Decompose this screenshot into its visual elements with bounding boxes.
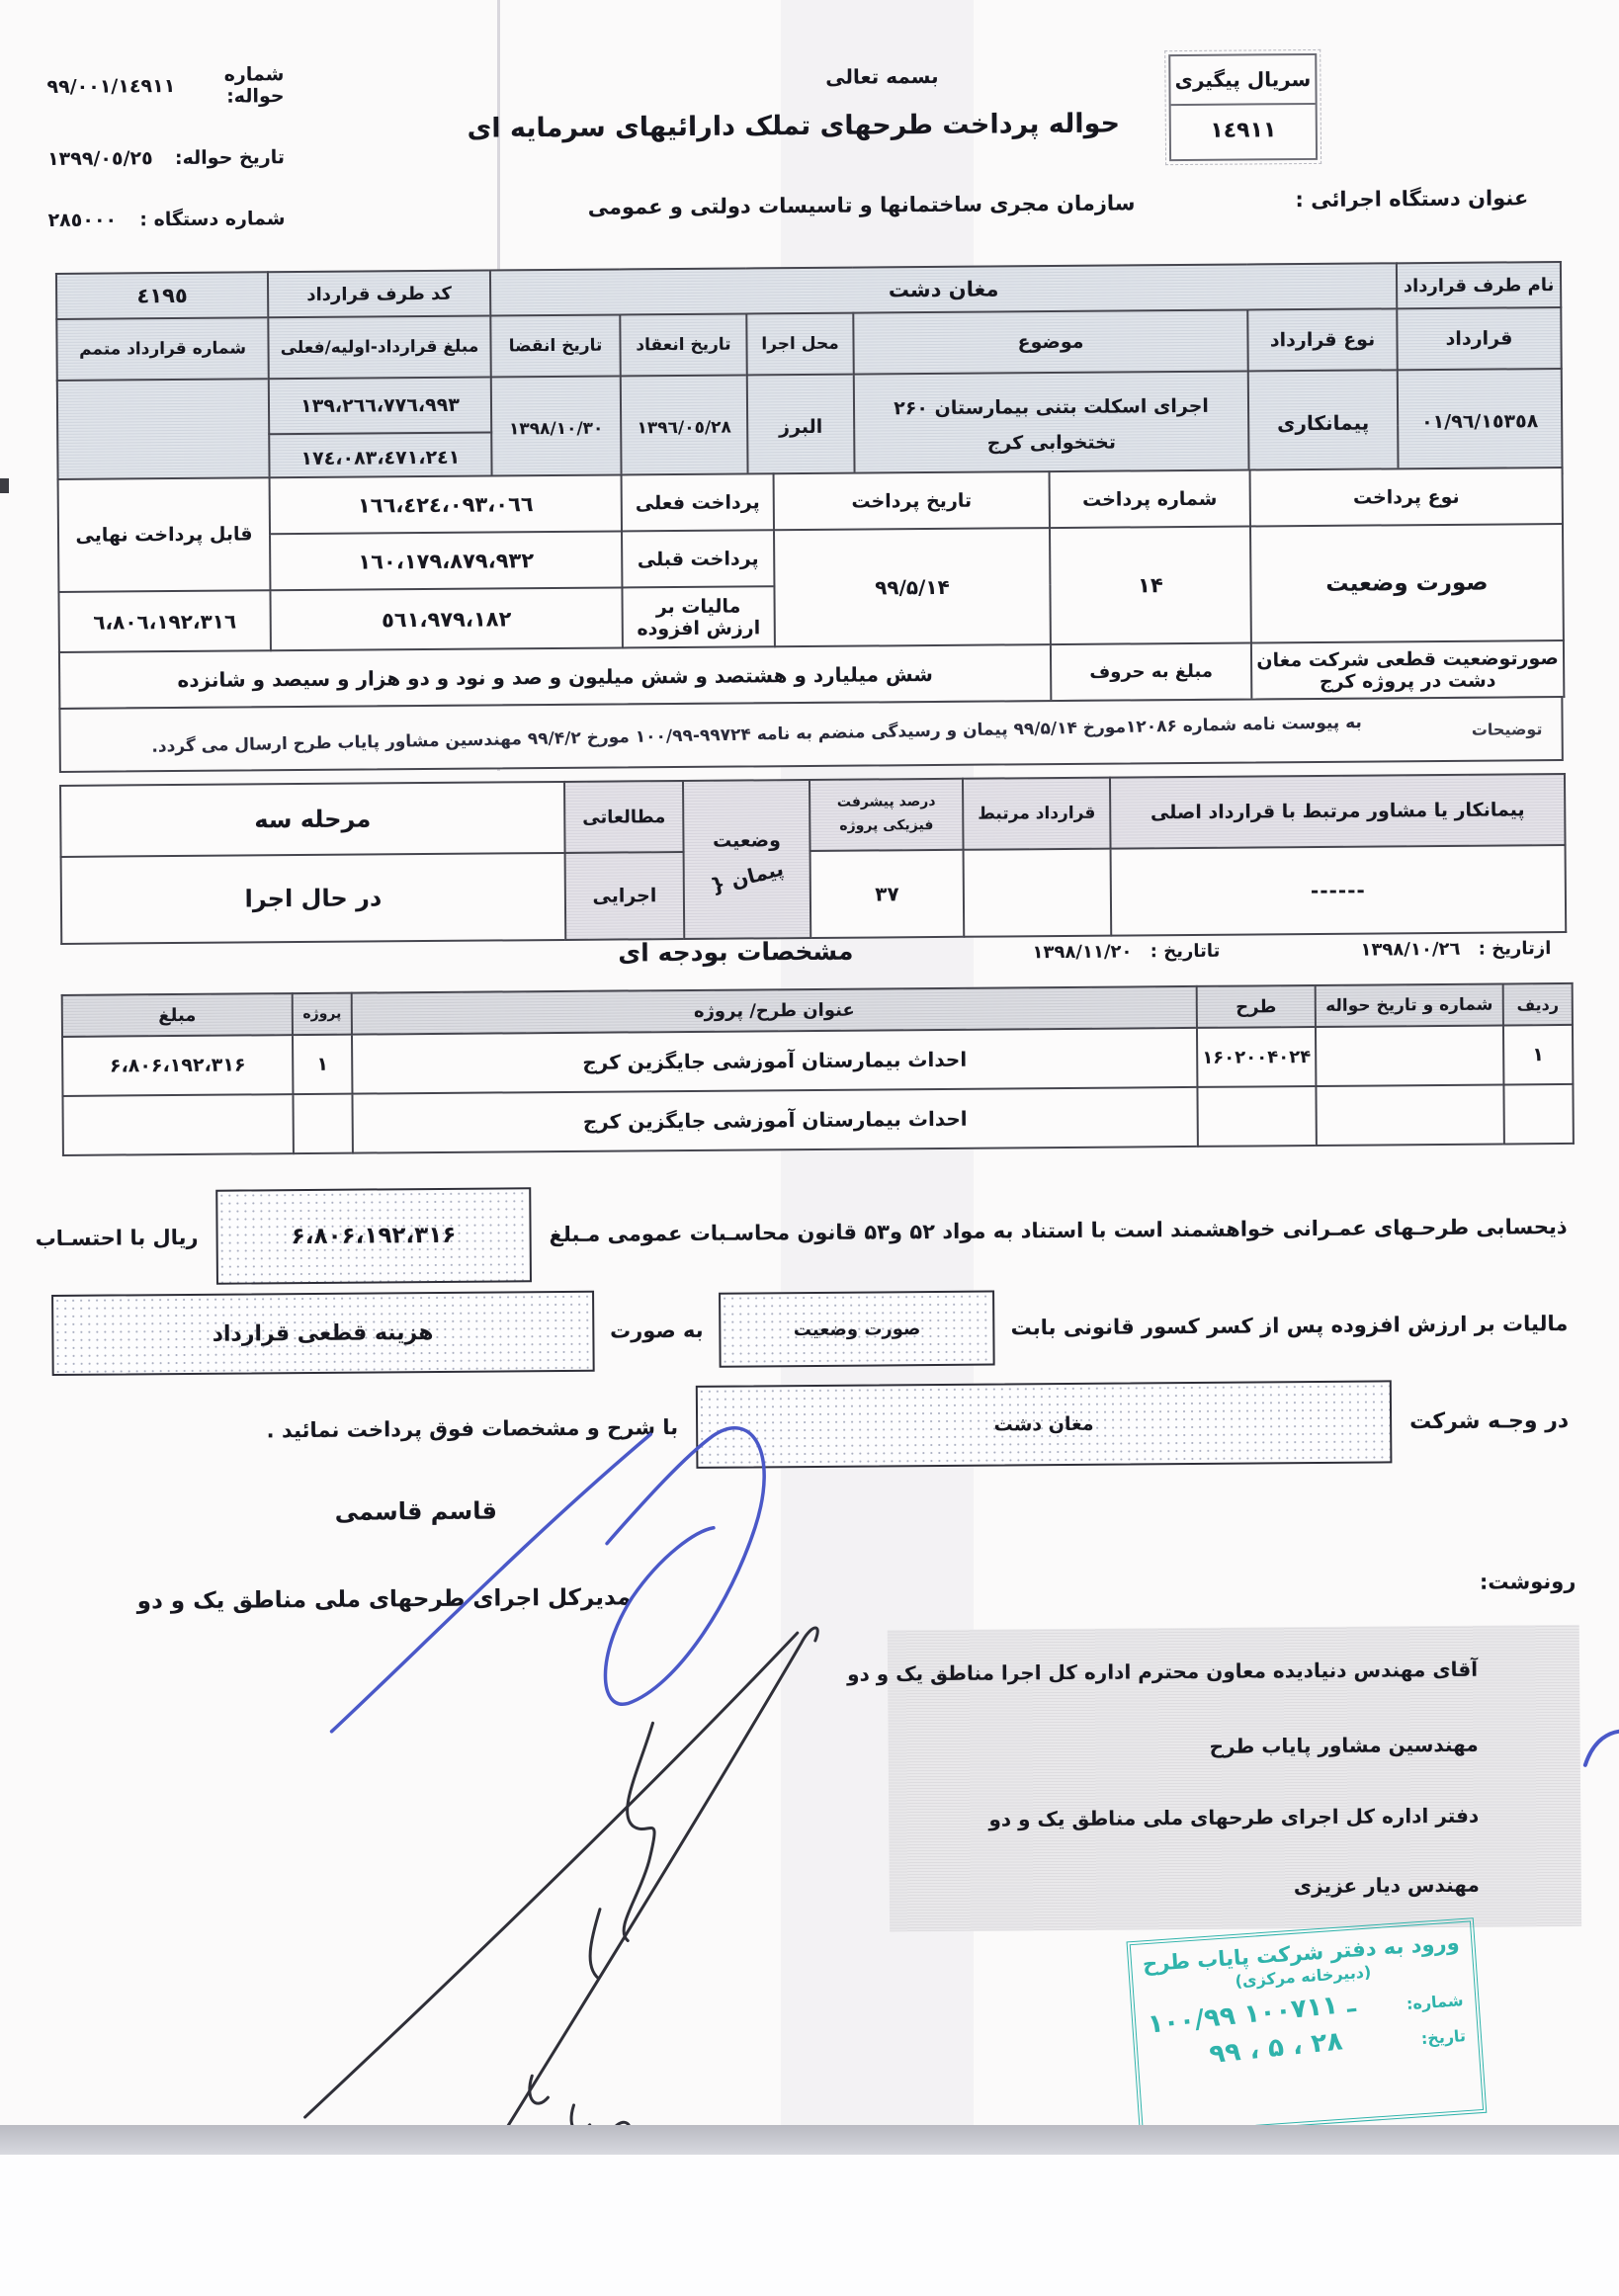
notes-row: توضیحات به پیوست نامه شماره ۱۲۰۸۶مورخ ۹۹…: [58, 696, 1563, 773]
budget-project-no-cell: ۱: [293, 1035, 352, 1094]
voucher-reference-block: شماره حواله: ٩٩/٠٠١/١٤٩١١ تاریخ حواله: ١…: [46, 63, 285, 231]
execution-label-cell: اجرایی: [565, 852, 685, 940]
amount-in-words-label-cell: مبلغ به حروف: [1051, 642, 1251, 701]
scan-bottom-margin: [0, 2155, 1619, 2296]
page-title: حواله پرداخت طرحهای تملک دارائیهای سرمای…: [438, 108, 1150, 144]
notes-label: توضیحات: [1453, 720, 1562, 739]
pact-status-word-1: وضعیت: [688, 829, 805, 852]
budget-row2-project-cell: [293, 1094, 352, 1153]
notes-text: به پیوست نامه شماره ۱۲۰۸۶مورخ ۹۹/۵/۱۴ پی…: [61, 711, 1453, 758]
request-line3-tail: با شرح و مشخصات فوق پرداخت نمائید .: [267, 1415, 679, 1442]
payment-vat-value-cell: ٥٦١،٩٧٩،١٨٢: [270, 587, 622, 650]
party-code-label-cell: کد طرف قرارداد: [268, 271, 490, 318]
budget-amount-cell: ۶،۸۰۶،۱۹۲،۳۱۶: [62, 1035, 293, 1096]
budget-row2-no-cell: [1503, 1084, 1573, 1145]
payment-basis-box: صورت وضعیت: [719, 1291, 995, 1368]
status-table: پیمانکار یا مشاور مرتبط با قرارداد اصلی …: [59, 773, 1567, 945]
payment-type-col-header: نوع پرداخت: [1250, 468, 1563, 526]
amount-in-words-cell: شش میلیارد و هشتصد و شش میلیون و صد و نو…: [59, 644, 1051, 709]
request-line2-text: مالیات بر ارزش افزوده پس از کسر کسور قان…: [1011, 1312, 1569, 1339]
tracking-serial-value: ١٤٩١١: [1171, 105, 1316, 157]
cc-item-1: آقای مهندس دنیادیده معاون محترم اداره کل…: [847, 1658, 1478, 1686]
to-date-label: تاتاریخ :: [1150, 941, 1221, 963]
main-contractor-value-cell: ------: [1111, 845, 1567, 936]
stamp-number-label: شماره:: [1406, 1991, 1464, 2013]
request-line2-mid: به صورت: [610, 1318, 704, 1343]
contract-location-cell: البرز: [747, 375, 855, 480]
request-line1-text: ذیحسابی طرحـهای عمـرانی خواهشمند است با …: [549, 1215, 1567, 1246]
tracking-serial-label: سریال پیگیری: [1170, 55, 1315, 106]
contract-expiry-date-cell: ١٣٩٨/١٠/٣٠: [491, 376, 622, 481]
budget-col-voucher: شماره و تاریخ حواله: [1316, 983, 1503, 1026]
contract-sign-date-cell: ١٣٩٦/٠٥/٢٨: [621, 375, 748, 480]
request-line-1: ذیحسابی طرحـهای عمـرانی خواهشمند است با …: [58, 1178, 1568, 1287]
payment-final-label-cell: قابل پرداخت نهایی: [58, 477, 271, 592]
voucher-number-label: شماره حواله:: [175, 63, 284, 108]
payment-date-col-header: تاریخ پرداخت: [774, 471, 1050, 530]
payment-current-label-cell: پرداخت فعلی: [622, 473, 774, 531]
budget-row2-amount-cell: [62, 1094, 293, 1155]
voucher-date-label: تاریخ حواله:: [175, 146, 285, 169]
contract-type-cell: پیمانکاری: [1248, 370, 1399, 475]
to-date-row: تاتاریخ : ١٣٩٨/١١/٢٠: [923, 941, 1220, 964]
request-line3-text: در وجـه شرکت: [1409, 1407, 1569, 1433]
cc-item-4: مهندس دیار عزیزی: [1294, 1873, 1480, 1898]
budget-col-project: پروژه: [293, 993, 352, 1035]
contract-type-col-header: نوع قرارداد: [1247, 308, 1397, 371]
request-line-2: مالیات بر ارزش افزوده پس از کسر کسور قان…: [59, 1282, 1569, 1377]
voucher-number-row: شماره حواله: ٩٩/٠٠١/١٤٩١١: [46, 63, 284, 109]
payment-previous-value-cell: ١٦٠،١٧٩،٨٧٩،٩٣٢: [270, 531, 622, 590]
pact-status-word-2: پیمان {: [688, 851, 807, 903]
payment-description-cell: صورتوضعیت قطعی شرکت مغان دشت در پروژه کر…: [1251, 640, 1564, 699]
party-name-label-cell: نام طرف قرارداد: [1397, 262, 1561, 308]
progress-col-header: درصد پیشرفت فیزیکی پروژه: [809, 779, 964, 851]
related-contract-col-header: قرارداد مرتبط: [963, 778, 1111, 850]
bismillah: بسمه تعالی: [773, 64, 990, 90]
from-date-value: ١٣٩٨/١٠/٢٦: [1360, 939, 1460, 961]
voucher-date-value: ١٣٩٩/٠٥/٢٥: [47, 147, 153, 170]
request-amount-box: ۶،۸۰۶،۱۹۲،۳۱۶: [215, 1187, 532, 1285]
budget-col-plan: طرح: [1197, 985, 1316, 1028]
payment-no-value-cell: ۱۴: [1050, 526, 1251, 644]
signer-title: مدیرکل اجرای طرحهای ملی مناطق یک و دو: [156, 1584, 631, 1614]
budget-section-heading: مشخصات بودجه ای: [582, 936, 889, 967]
party-name-value-cell: مغان دشت: [490, 263, 1397, 315]
budget-col-title: عنوان طرح/ پروژه: [352, 986, 1197, 1035]
contract-col-header: قرارداد: [1397, 307, 1561, 370]
budget-row-no-cell: ۱: [1503, 1025, 1573, 1085]
request-line-3: در وجـه شرکت مغان دشت با شرح و مشخصات فو…: [60, 1376, 1570, 1477]
stamp-date-label: تاریخ:: [1420, 2026, 1466, 2048]
expiry-date-col-header: تاریخ انقضا: [490, 314, 620, 377]
payee-company-box: مغان دشت: [696, 1380, 1393, 1469]
agency-label: عنوان دستگاه اجرائی :: [1283, 186, 1540, 212]
related-contract-value-cell: [964, 849, 1112, 937]
request-line1-tail: ریال با احتسـاب: [36, 1226, 199, 1250]
cc-item-3: دفتر اداره کل اجرای طرحهای ملی مناطق یک …: [988, 1804, 1479, 1831]
contract-table: نام طرف قرارداد مغان دشت کد طرف قرارداد …: [55, 261, 1564, 486]
sign-date-col-header: تاریخ انعقاد: [620, 313, 746, 376]
budget-table: ردیف شماره و تاریخ حواله طرح عنوان طرح/ …: [61, 982, 1575, 1156]
scan-bottom-band: [0, 2125, 1619, 2155]
payment-date-value-cell: ۹۹/۵/۱۴: [774, 528, 1051, 646]
phase-status-cell: در حال اجرا: [61, 853, 566, 944]
stamp-date-value: ۹۹ ، ۵ ، ۲۸: [1208, 2026, 1344, 2070]
budget-col-row: ردیف: [1503, 983, 1573, 1026]
scanned-document-page: شماره حواله: ٩٩/٠٠١/١٤٩١١ تاریخ حواله: ١…: [0, 0, 1619, 2296]
cost-type-box: هزینه قطعی قرارداد: [51, 1291, 595, 1376]
tracking-serial-box: سریال پیگیری ١٤٩١١: [1168, 53, 1318, 161]
supplement-no-col-header: شماره قرارداد متمم: [56, 317, 268, 381]
budget-voucher-cell: [1316, 1025, 1503, 1085]
signer-name: قاسم قاسمی: [298, 1496, 535, 1526]
payment-type-value-cell: صورت وضعیت: [1250, 524, 1564, 642]
device-number-label: شماره دستگاه :: [139, 208, 285, 230]
agency-value: سازمان مجری ساختمانها و تاسیسات دولتی و …: [601, 191, 1135, 218]
budget-col-amount: مبلغ: [62, 993, 293, 1037]
to-date-value: ١٣٩٨/١١/٢٠: [1032, 941, 1132, 963]
supplement-no-cell: [57, 379, 270, 485]
from-date-row: ازتاریخ : ١٣٩٨/١٠/٢٦: [1215, 938, 1551, 962]
company-entry-stamp: ورود به دفتر شرکت پایاب طرح (دبیرخانه مر…: [1127, 1917, 1488, 2137]
budget-plan-code-cell: ۱۶۰۲۰۰۴۰۲۴: [1197, 1027, 1316, 1087]
contract-subject-cell: اجرای اسکلت بتنی بیمارستان ۲۶۰ تختخوابی …: [854, 371, 1249, 478]
payment-table: نوع پرداخت شماره پرداخت تاریخ پرداخت پرد…: [57, 467, 1566, 710]
voucher-date-row: تاریخ حواله: ١٣٩٩/٠٥/٢٥: [47, 146, 285, 170]
cc-item-2: مهندسین مشاور پایاب طرح: [1210, 1733, 1479, 1758]
study-label-cell: مطالعاتی: [564, 781, 684, 853]
voucher-number-value: ٩٩/٠٠١/١٤٩١١: [46, 75, 175, 98]
contract-amount-initial-cell: ١٣٩،٢٦٦،٧٧٦،٩٩٣: [269, 378, 491, 435]
payment-vat-label-cell: مالیات بر ارزش افزوده: [622, 586, 774, 647]
device-number-row: شماره دستگاه : ٢٨٥٠٠٠: [47, 208, 285, 231]
device-number-value: ٢٨٥٠٠٠: [47, 209, 117, 231]
budget-row2-plan-cell: [1197, 1086, 1316, 1147]
payment-current-value-cell: ١٦٦،٤٢٤،٠٩٣،٠٦٦: [270, 474, 622, 534]
subject-col-header: موضوع: [853, 309, 1247, 374]
budget-title-cell-2: احداث بیمارستان آموزشی جایگزین کرج: [352, 1087, 1197, 1153]
contract-amount-col-header: مبلغ قرارداد-اولیه/فعلی: [268, 316, 490, 380]
payment-final-value-cell: ٦،٨٠٦،١٩٢،٣١٦: [58, 590, 270, 652]
cc-label: رونوشت:: [1480, 1570, 1576, 1594]
budget-row2-voucher-cell: [1316, 1084, 1503, 1145]
party-code-value-cell: ٤١٩٥: [56, 272, 268, 319]
contract-no-cell: ٠١/٩٦/١٥٣٥٨: [1398, 369, 1563, 474]
from-date-label: ازتاریخ :: [1479, 938, 1552, 960]
location-col-header: محل اجرا: [746, 313, 853, 376]
budget-title-cell-1: احداث بیمارستان آموزشی جایگزین کرج: [352, 1028, 1197, 1094]
document-content: شماره حواله: ٩٩/٠٠١/١٤٩١١ تاریخ حواله: ١…: [0, 0, 1619, 2296]
main-contractor-col-header: پیمانکار یا مشاور مرتبط با قرارداد اصلی: [1110, 774, 1566, 849]
phase-cell: مرحله سه: [60, 782, 565, 857]
payment-no-col-header: شماره پرداخت: [1050, 469, 1250, 528]
pact-status-cell: وضعیت پیمان {: [683, 780, 810, 939]
progress-value-cell: ۳۷: [810, 850, 965, 938]
payment-previous-label-cell: پرداخت قبلی: [622, 530, 774, 587]
